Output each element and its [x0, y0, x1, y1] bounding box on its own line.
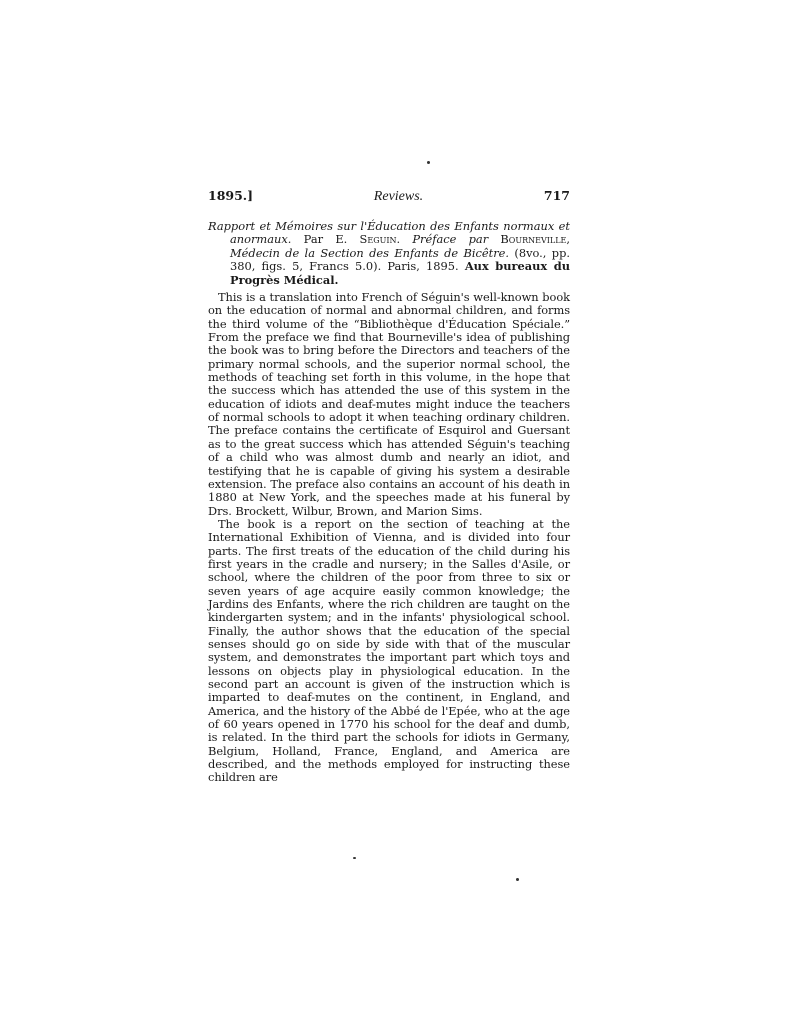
review-paragraph-1: This is a translation into French of Ség… — [208, 291, 570, 518]
running-head-year: 1895.] — [208, 188, 253, 203]
citation-preface-author: Bourneville, — [500, 232, 570, 246]
book-page: 1895.] Reviews. 717 Rapport et Mémoires … — [208, 188, 570, 785]
citation-affiliation: Médecin de la Section des Enfants de Bic… — [230, 246, 514, 260]
citation-author: Seguin. — [360, 232, 413, 246]
page-number: 717 — [544, 188, 570, 203]
running-head: 1895.] Reviews. 717 — [208, 188, 570, 208]
running-head-section: Reviews. — [374, 189, 423, 205]
review-citation: Rapport et Mémoires sur l'Éducation des … — [208, 220, 570, 287]
review-paragraph-2: The book is a report on the section of t… — [208, 518, 570, 785]
citation-author-prefix: Par E. — [304, 232, 360, 246]
citation-preface: Préface par — [412, 232, 500, 246]
